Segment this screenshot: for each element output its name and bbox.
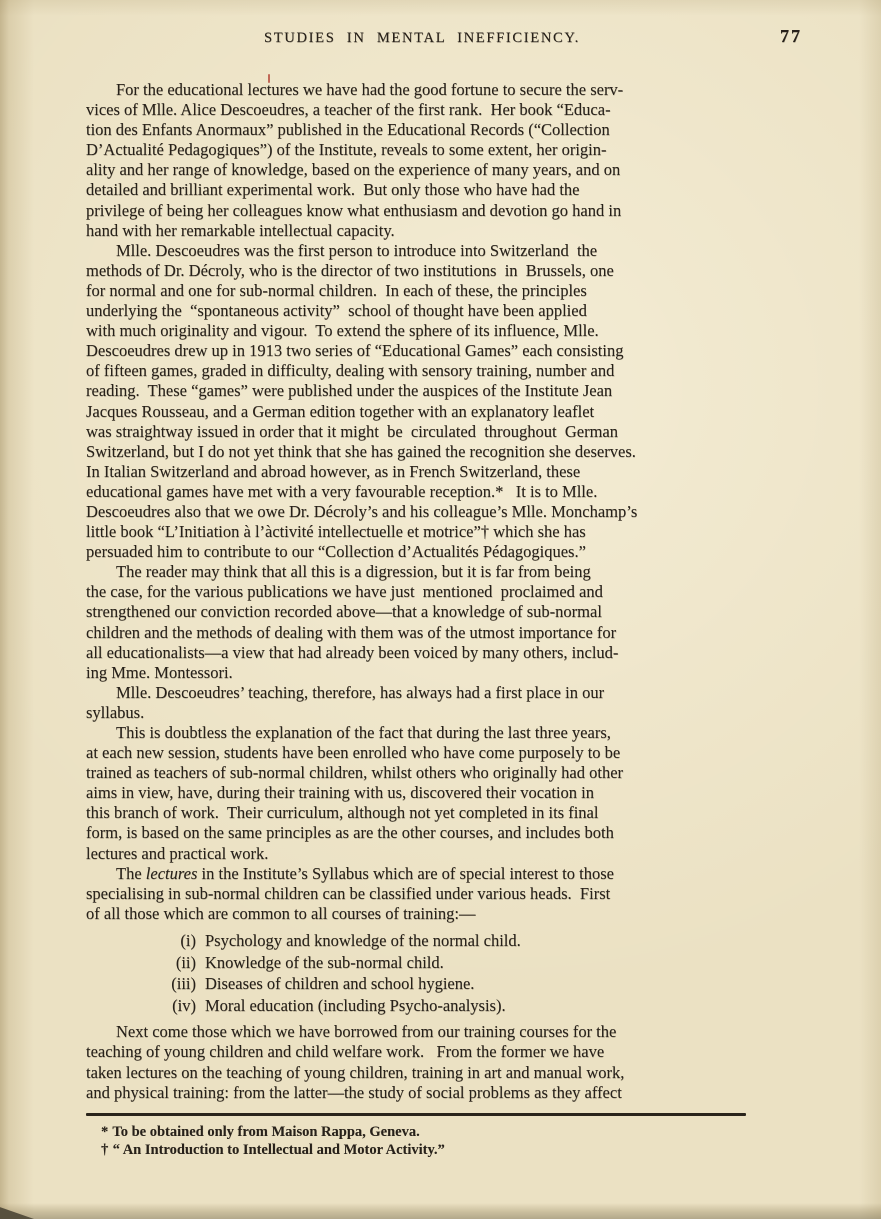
paragraph-syllabus-place: Mlle. Descoeudres’ teaching, therefore, … xyxy=(86,683,758,723)
paragraph-descoeudres-intro: For the educational lectures we have had… xyxy=(86,80,758,241)
page-content: STUDIES IN MENTAL INEFFICIENCY. 77 For t… xyxy=(86,30,758,1160)
list-item-numeral: (ii) xyxy=(86,952,196,974)
page-number: 77 xyxy=(780,26,802,47)
course-topics-list: (i) Psychology and knowledge of the norm… xyxy=(86,930,758,1016)
footnote: † “ An Introduction to Intellectual and … xyxy=(101,1141,758,1160)
list-item-text: Knowledge of the sub-normal child. xyxy=(205,952,444,974)
footnote-marker: * xyxy=(101,1123,109,1142)
footnote: * To be obtained only from Maison Rappa,… xyxy=(101,1123,758,1142)
list-item-numeral: (i) xyxy=(86,930,196,952)
paragraph-lectures-syllabus: The lectures in the Institute’s Syllabus… xyxy=(86,864,758,924)
list-item: (iv) Moral education (including Psycho-a… xyxy=(86,995,758,1017)
running-header-title: STUDIES IN MENTAL INEFFICIENCY. xyxy=(86,30,758,47)
list-item-text: Psychology and knowledge of the normal c… xyxy=(205,930,521,952)
paragraph-students-enrolled: This is doubtless the explanation of the… xyxy=(86,723,758,864)
list-item: (ii) Knowledge of the sub-normal child. xyxy=(86,952,758,974)
footnotes: * To be obtained only from Maison Rappa,… xyxy=(101,1123,758,1160)
lectures-line-prefix: The xyxy=(116,864,146,883)
paragraph-borrowed-courses: Next come those which we have borrowed f… xyxy=(86,1022,758,1102)
footnote-block: * To be obtained only from Maison Rappa,… xyxy=(86,1113,758,1160)
list-item-numeral: (iii) xyxy=(86,973,196,995)
list-item-text: Moral education (including Psycho-analys… xyxy=(205,995,506,1017)
footnote-text: “ An Introduction to Intellectual and Mo… xyxy=(113,1142,445,1158)
lectures-italic-word: lectures xyxy=(146,864,198,883)
footnote-text: To be obtained only from Maison Rappa, G… xyxy=(112,1124,419,1140)
list-item-text: Diseases of children and school hygiene. xyxy=(205,973,474,995)
running-header: STUDIES IN MENTAL INEFFICIENCY. 77 xyxy=(86,30,758,52)
list-item-numeral: (iv) xyxy=(86,995,196,1017)
body-text: For the educational lectures we have had… xyxy=(86,80,758,1103)
paragraph-digression: The reader may think that all this is a … xyxy=(86,562,758,683)
list-item: (i) Psychology and knowledge of the norm… xyxy=(86,930,758,952)
footnote-rule xyxy=(86,1113,746,1116)
list-item: (iii) Diseases of children and school hy… xyxy=(86,973,758,995)
footnote-marker: † xyxy=(101,1141,109,1160)
lectures-paragraph-rest: specialising in sub-normal children can … xyxy=(86,884,758,924)
paragraph-decroly-games: Mlle. Descoeudres was the first person t… xyxy=(86,241,758,563)
page-bottom-edge-shadow xyxy=(0,1203,881,1219)
scanned-book-page: STUDIES IN MENTAL INEFFICIENCY. 77 For t… xyxy=(0,0,881,1219)
lectures-line-rest: in the Institute’s Syllabus which are of… xyxy=(197,864,614,883)
